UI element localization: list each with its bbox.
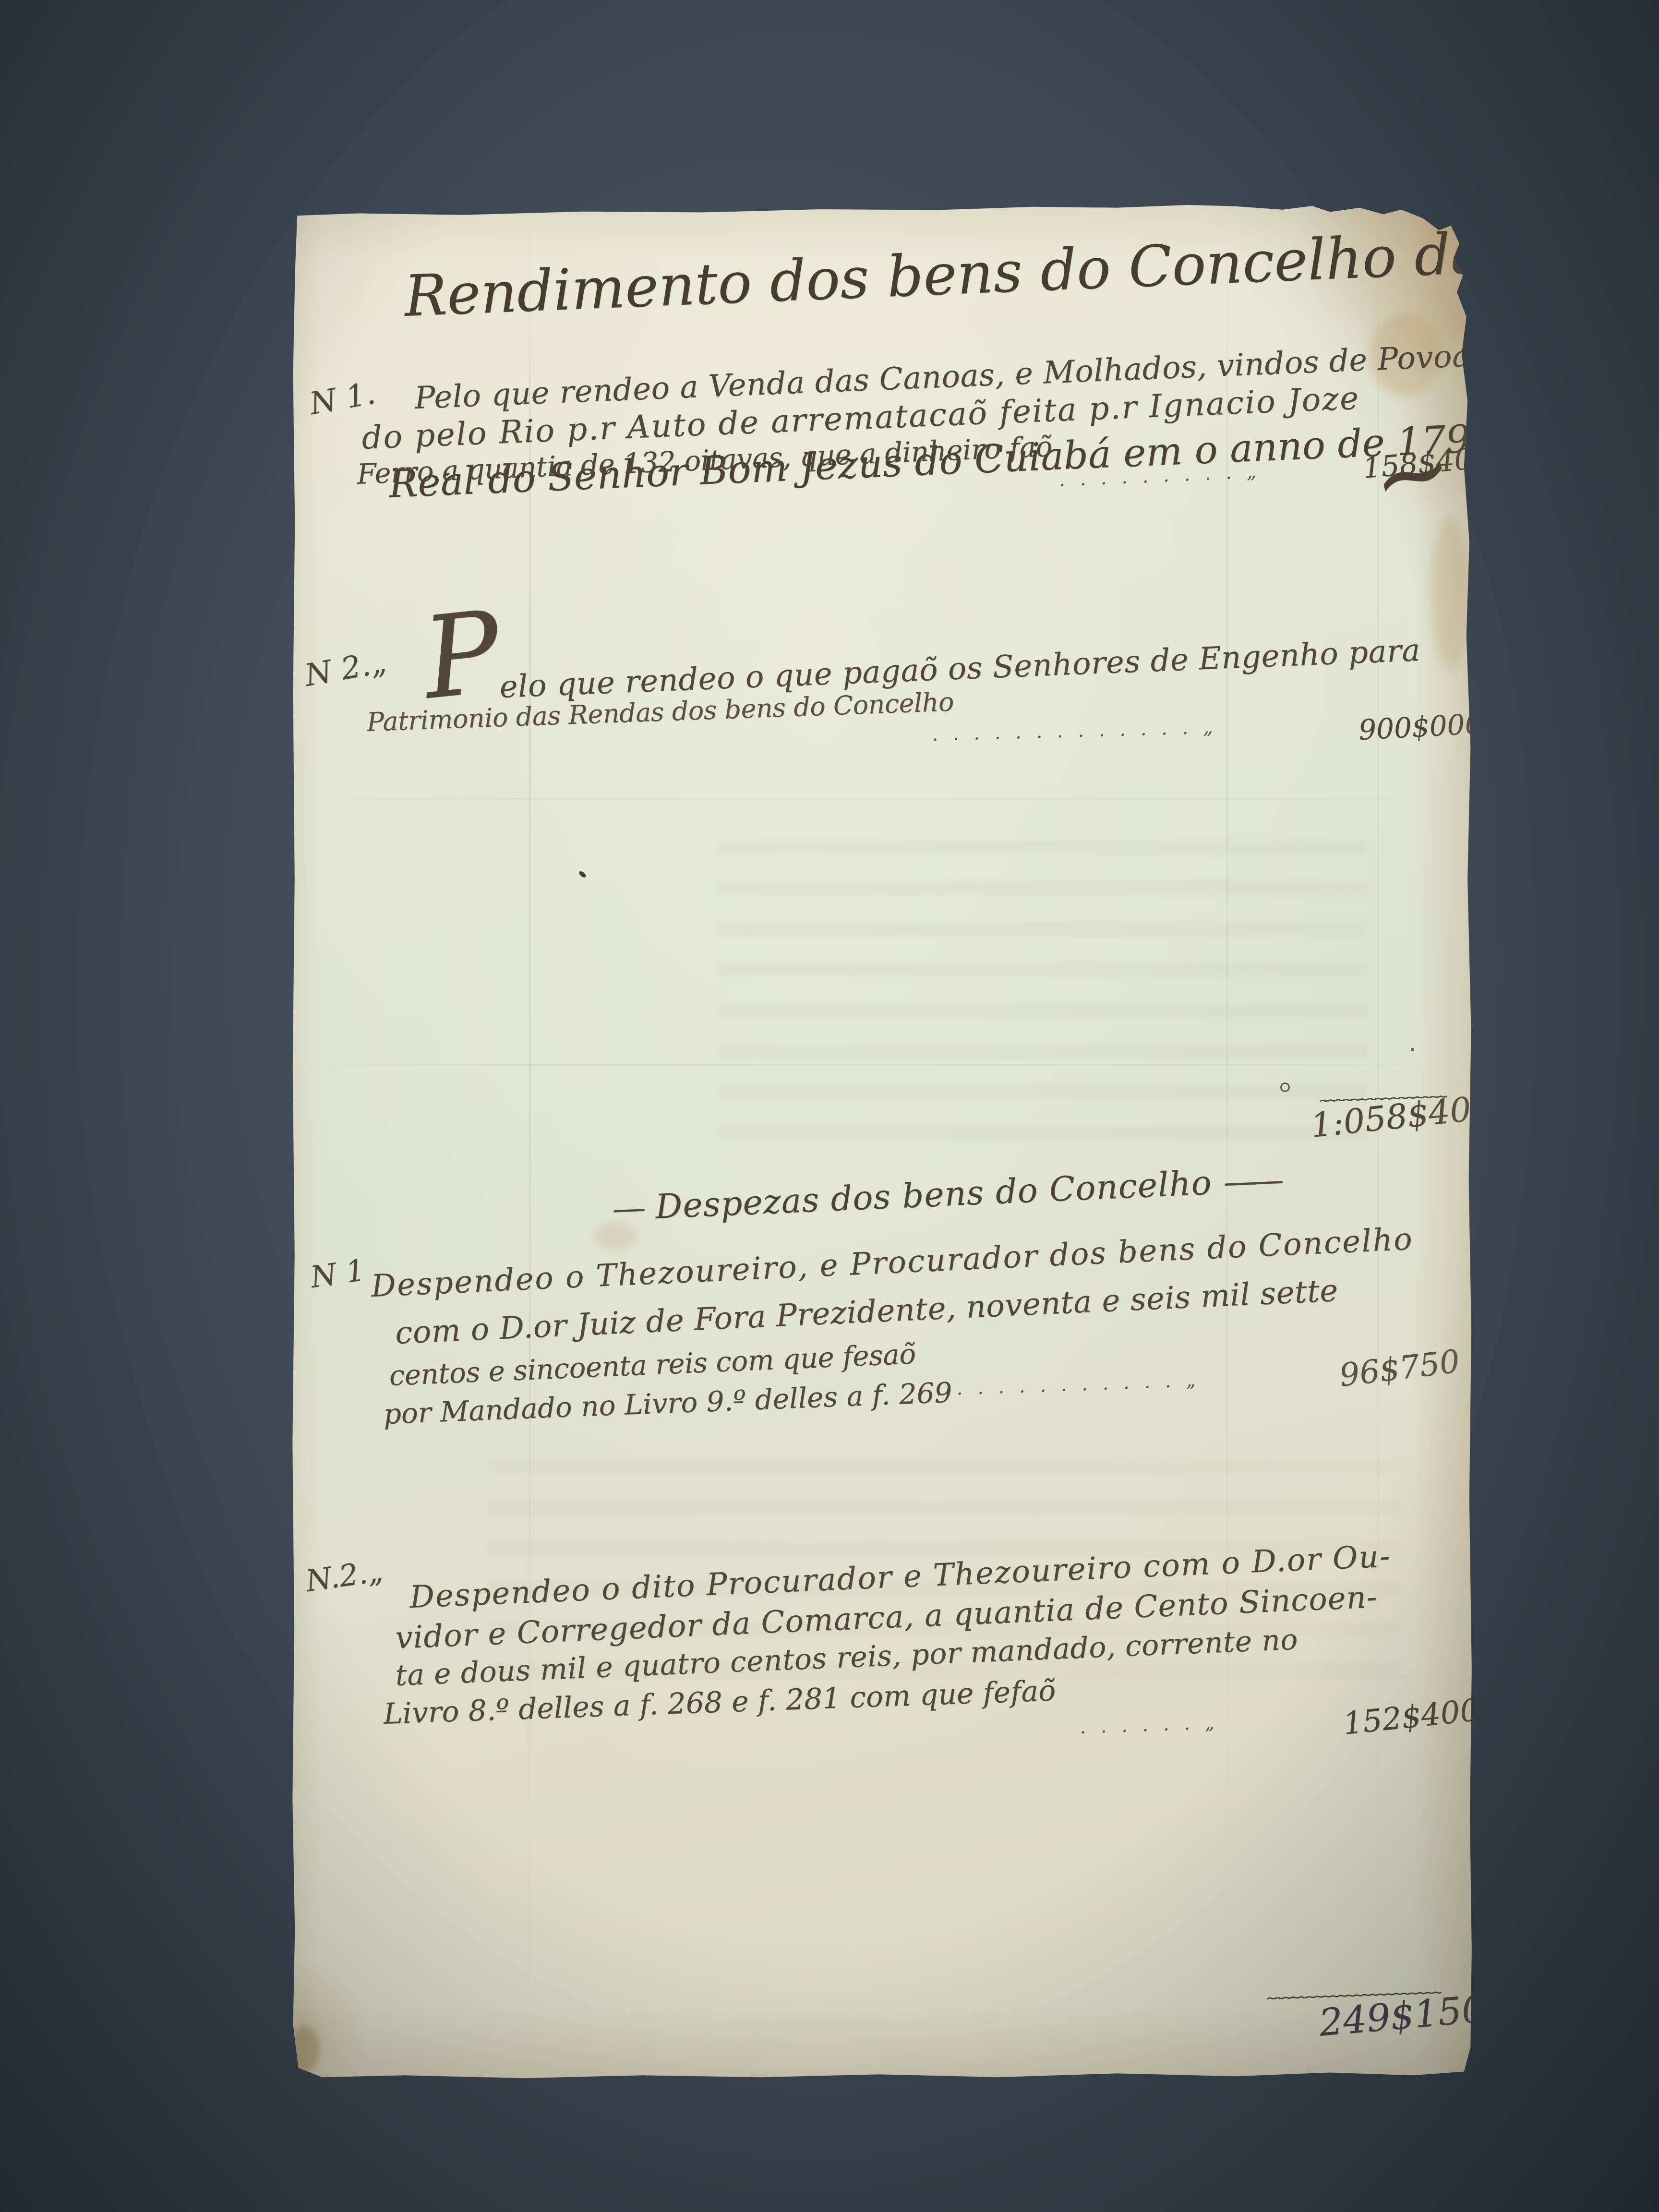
income-entry-2-number: N 2.„ <box>302 645 389 693</box>
paper-stain <box>290 2026 319 2071</box>
ink-speck <box>1411 1048 1414 1051</box>
expense-entry-1-amount: 96$750 <box>1337 1344 1462 1394</box>
expense-entry-2-leader-dots: . . . . . . „ <box>1079 1711 1219 1738</box>
expenses-section-header: Despezas dos bens do Concelho <box>612 1162 1278 1227</box>
expense-entry-2-amount: 152$400 <box>1342 1694 1481 1742</box>
income-entry-2-initial-flourish: P <box>418 590 506 722</box>
manuscript-page: Rendimento dos bens do Concelho da V.a R… <box>287 204 1472 2081</box>
expense-entry-2-number: N.2.„ <box>304 1554 385 1598</box>
income-entry-2-leader-dots: . . . . . . . . . . . . . „ <box>932 716 1217 745</box>
paper-stain <box>1431 516 1470 670</box>
income-entry-2-line-1: elo que rendeo o que pagaõ os Senhores d… <box>499 634 1421 704</box>
fold-crease-vertical <box>1226 204 1228 2081</box>
fold-crease-horizontal <box>287 798 1472 800</box>
expense-entry-1-number: N 1 <box>309 1254 367 1294</box>
ink-speck <box>578 870 587 879</box>
income-entry-2-amount: 900$000 <box>1358 709 1483 746</box>
bleed-through-text <box>719 814 1367 1140</box>
fold-crease-horizontal <box>287 1064 1472 1066</box>
income-entry-1-number: N 1. <box>307 376 378 421</box>
page-title-line1: Rendimento dos bens do Concelho da V.a <box>403 218 1586 327</box>
photo-background: Rendimento dos bens do Concelho da V.a R… <box>0 0 1659 2212</box>
ink-speck <box>1280 1082 1290 1092</box>
expense-entry-1-leader-dots: . . . . . . . . . . . . „ <box>935 1369 1200 1400</box>
